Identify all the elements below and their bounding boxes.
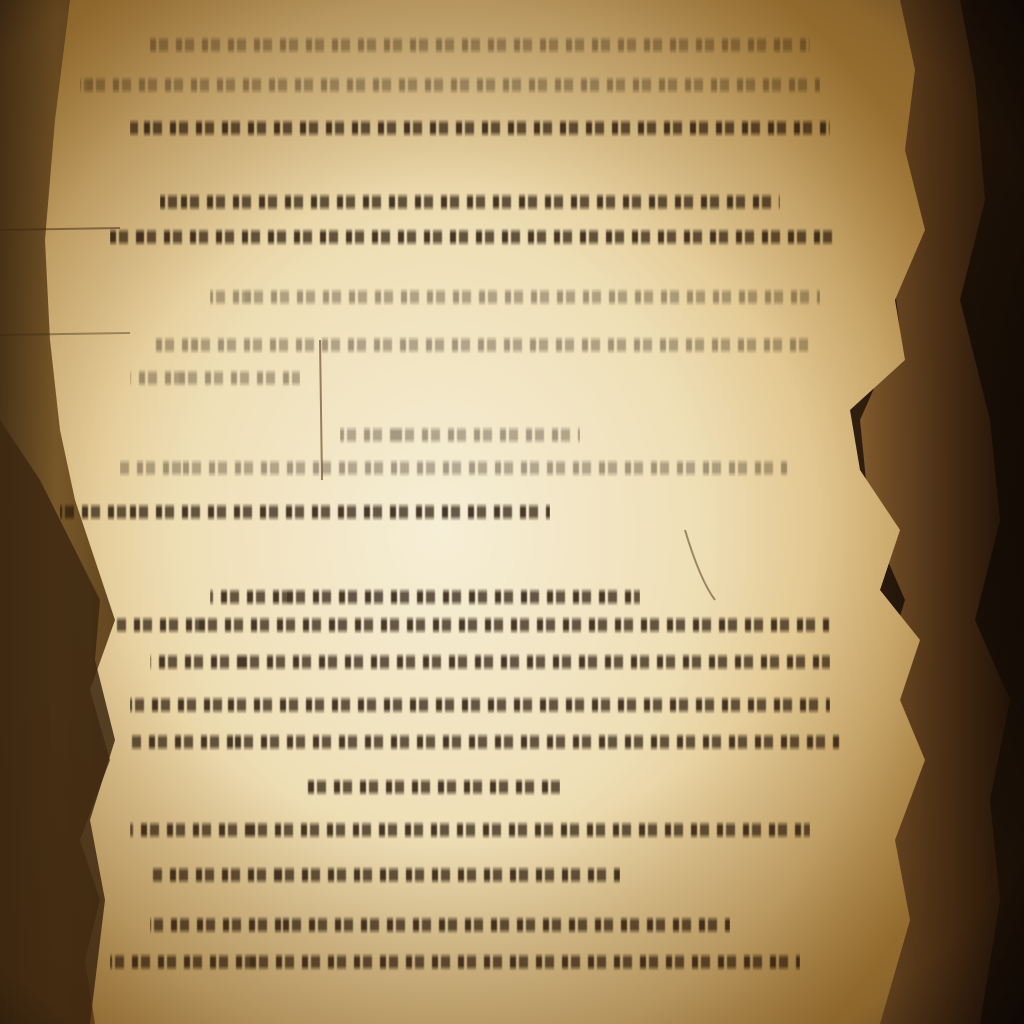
manuscript-scene: Aged parchment sheet with burnt, torn ri… — [0, 0, 1024, 1024]
ink-scribble — [340, 426, 580, 444]
ink-scribble — [130, 821, 810, 839]
ink-scribble — [130, 369, 300, 387]
ink-scribble — [150, 916, 730, 934]
ink-scribble — [60, 503, 550, 521]
ink-scribble — [150, 653, 830, 671]
ink-scribble — [130, 733, 840, 751]
ink-scribble — [150, 336, 810, 354]
ink-scribble — [210, 588, 640, 606]
ink-scribble — [160, 193, 780, 211]
ink-scribble — [80, 76, 820, 94]
ink-scribble — [120, 459, 790, 477]
ink-scribble — [150, 36, 810, 54]
ink-scribble — [130, 119, 830, 137]
ink-scribble — [115, 616, 830, 634]
ink-scribble — [210, 288, 820, 306]
ink-scribble — [110, 228, 840, 246]
ink-scribble — [110, 953, 800, 971]
ink-scribble — [300, 778, 560, 796]
ink-scribble — [150, 866, 620, 884]
ink-scribble — [130, 696, 830, 714]
